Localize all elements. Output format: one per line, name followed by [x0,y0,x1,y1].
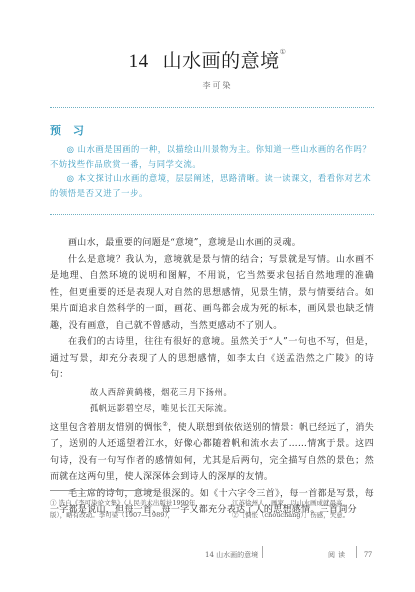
lesson-number: 14 [129,51,149,72]
footnote-rule [50,490,160,491]
dotted-divider-top [50,107,374,108]
author: 李可染 [0,80,415,91]
footer-lesson-label: 14 山水画的意境 [205,550,258,560]
page-number: 77 [364,550,372,559]
footnotes-right-column: 江苏徐州人，画家，以山水画成就最高。 ②［惆怅（chóuchàng）］伤感，失意… [232,497,377,521]
lesson-title: 14山水画的意境① [0,46,415,73]
title-footnote-mark: ① [280,48,287,56]
footer-divider [262,546,263,558]
footnote-2: ②［惆怅（chóuchàng）］伤感，失意。 [232,509,377,521]
paragraph-1: 画山水，最重要的问题是“意境”，意境是山水画的灵魂。 [50,235,374,252]
dotted-divider-bottom [50,214,374,215]
preview-item-2: ◎ 本文探讨山水画的意境，层层阐述，思路清晰。读一读课文，看看你对艺术的领悟是否… [50,171,374,200]
poem-line-1: 故人西辞黄鹤楼，烟花三月下扬州。 [50,384,374,401]
paragraph-4-start: 这里包含着朋友惜别的惆怅 [50,423,162,433]
paragraph-3: 在我们的古诗里，往往有很好的意境。虽然关于“人”一句也不写，但是，通过写景，却充… [50,334,374,384]
footnote-1: ① 选自《李可染论文集》（人民美术出版社1990年版），略有改动。李可染（190… [50,497,210,521]
footnote-1-continued: 江苏徐州人，画家，以山水画成就最高。 [232,497,377,509]
article-body: 画山水，最重要的问题是“意境”，意境是山水画的灵魂。 什么是意境？我认为，意境就… [50,235,374,519]
preview-heading: 预 习 [50,122,374,138]
paragraph-2: 什么是意境？我认为，意境就是景与情的结合；写景就是写情。山水画不是地理、自然环境… [50,252,374,335]
preview-section: 预 习 ◎ 山水画是国画的一种，以描绘山川景物为主。你知道一些山水画的名作吗？不… [50,122,374,200]
preview-item-1: ◎ 山水画是国画的一种，以描绘山川景物为主。你知道一些山水画的名作吗？不妨找些作… [50,142,374,171]
lesson-title-text: 山水画的意境 [163,50,280,72]
footer-divider [356,546,357,558]
footer-section-label: 阅读 [328,550,348,560]
paragraph-4: 这里包含着朋友惜别的惆怅②，使人联想到依依送别的情景：帆已经远了，消失了，送别的… [50,417,374,486]
poem-line-2: 孤帆远影碧空尽，唯见长江天际流。 [50,400,374,417]
